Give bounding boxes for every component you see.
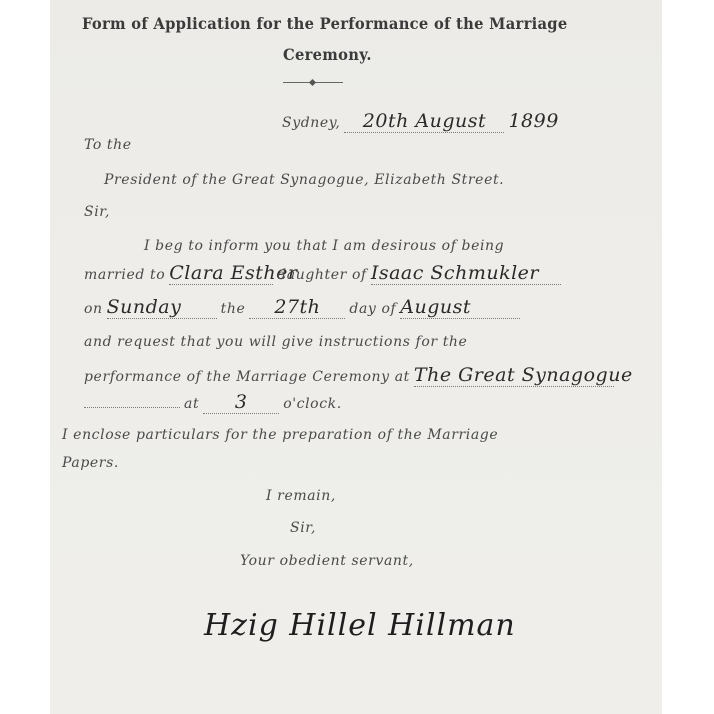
month-fill: August [400, 296, 520, 319]
the-label: the [221, 301, 246, 317]
body-line4: and request that you will give instructi… [84, 334, 467, 350]
closing-sir: Sir, [290, 520, 316, 536]
enclose-line2: Papers. [62, 455, 119, 471]
addressee: President of the Great Synagogue, Elizab… [104, 172, 504, 188]
body-line2: married to Clara Esther daughter of Isaa… [84, 262, 561, 285]
time-fill: 3 [203, 391, 279, 414]
closing-remain: I remain, [266, 488, 336, 504]
year: 1899 [508, 110, 558, 132]
form-title-line1: Form of Application for the Performance … [82, 14, 567, 33]
weekday-fill: Sunday [107, 296, 217, 319]
father-name-fill: Isaac Schmukler [371, 262, 561, 285]
body-line3: on Sunday the 27th day of August [84, 296, 520, 319]
married-to-label: married to [84, 267, 165, 283]
daughter-of-label: daughter of [277, 267, 367, 283]
signature: Hzig Hillel Hillman [204, 608, 516, 643]
day-number-fill: 27th [249, 296, 345, 319]
bride-name-fill: Clara Esther [169, 262, 273, 285]
blank-fill [84, 407, 180, 408]
venue-fill: The Great Synagogue [414, 364, 614, 387]
day-of-label: day of [349, 301, 396, 317]
salutation-to: To the [84, 137, 132, 153]
place-label: Sydney, [282, 115, 340, 131]
body-line5: performance of the Marriage Ceremony at … [84, 364, 614, 387]
form-title-line2: Ceremony. [283, 45, 372, 64]
date-line: Sydney, 20th August 1899 [282, 110, 559, 133]
closing-servant: Your obedient servant, [240, 553, 414, 569]
on-label: on [84, 301, 103, 317]
enclose-line1: I enclose particulars for the preparatio… [62, 427, 498, 443]
at-label: at [184, 396, 199, 412]
oclock-label: o'clock. [283, 396, 342, 412]
salutation-sir: Sir, [84, 204, 110, 220]
document-page [50, 0, 662, 714]
date-fill: 20th August [344, 110, 504, 133]
body-line6: at 3 o'clock. [84, 391, 342, 414]
ceremony-label: performance of the Marriage Ceremony at [84, 369, 410, 385]
ornament-divider [283, 80, 343, 86]
body-line1: I beg to inform you that I am desirous o… [144, 238, 504, 254]
